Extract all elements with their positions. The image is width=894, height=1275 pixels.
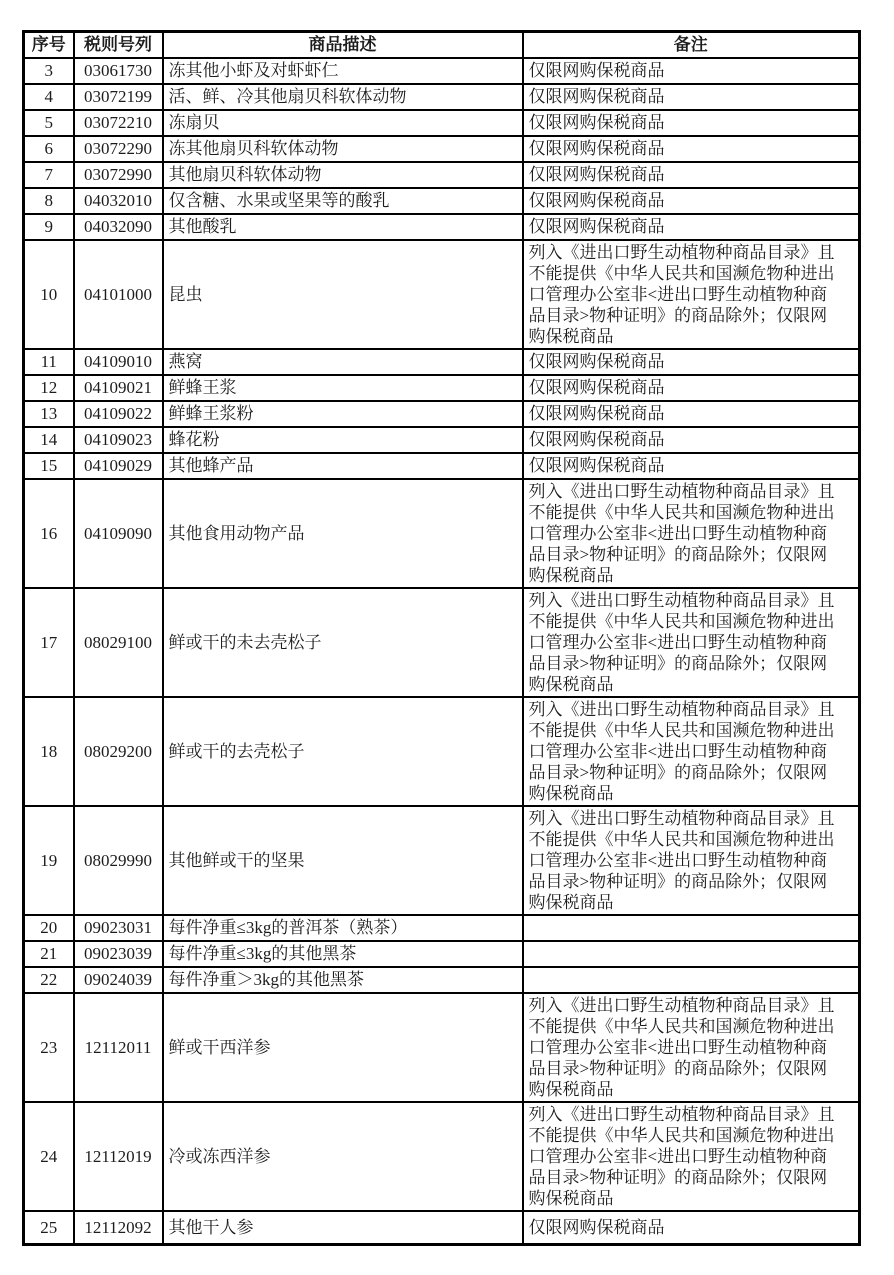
remark-cell: 仅限网购保税商品 xyxy=(523,136,860,162)
table-row: 4 03072199 活、鲜、冷其他扇贝科软体动物 仅限网购保税商品 xyxy=(24,84,860,110)
desc-cell: 其他干人参 xyxy=(163,1211,523,1245)
serial-cell: 6 xyxy=(24,136,74,162)
table-row: 15 04109029 其他蜂产品 仅限网购保税商品 xyxy=(24,453,860,479)
remark-cell: 仅限网购保税商品 xyxy=(523,58,860,84)
code-cell: 04101000 xyxy=(74,240,163,349)
serial-cell: 20 xyxy=(24,915,74,941)
remark-cell: 列入《进出口野生动植物种商品目录》且不能提供《中华人民共和国濒危物种进出口管理办… xyxy=(523,588,860,697)
code-cell: 12112011 xyxy=(74,993,163,1102)
serial-cell: 18 xyxy=(24,697,74,806)
table-row: 9 04032090 其他酸乳 仅限网购保税商品 xyxy=(24,214,860,240)
desc-cell: 其他食用动物产品 xyxy=(163,479,523,588)
serial-cell: 12 xyxy=(24,375,74,401)
serial-cell: 21 xyxy=(24,941,74,967)
serial-cell: 9 xyxy=(24,214,74,240)
desc-cell: 燕窝 xyxy=(163,349,523,375)
column-header-serial: 序号 xyxy=(24,32,74,58)
remark-cell: 列入《进出口野生动植物种商品目录》且不能提供《中华人民共和国濒危物种进出口管理办… xyxy=(523,697,860,806)
serial-cell: 23 xyxy=(24,993,74,1102)
desc-cell: 冷或冻西洋参 xyxy=(163,1102,523,1211)
desc-cell: 其他扇贝科软体动物 xyxy=(163,162,523,188)
remark-cell: 仅限网购保税商品 xyxy=(523,162,860,188)
table-row: 14 04109023 蜂花粉 仅限网购保税商品 xyxy=(24,427,860,453)
desc-cell: 每件净重≤3kg的普洱茶（熟茶） xyxy=(163,915,523,941)
table-row: 24 12112019 冷或冻西洋参 列入《进出口野生动植物种商品目录》且不能提… xyxy=(24,1102,860,1211)
serial-cell: 17 xyxy=(24,588,74,697)
desc-cell: 冻扇贝 xyxy=(163,110,523,136)
remark-cell: 仅限网购保税商品 xyxy=(523,188,860,214)
remark-cell: 仅限网购保税商品 xyxy=(523,427,860,453)
table-row: 12 04109021 鲜蜂王浆 仅限网购保税商品 xyxy=(24,375,860,401)
desc-cell: 鲜或干的去壳松子 xyxy=(163,697,523,806)
desc-cell: 冻其他小虾及对虾虾仁 xyxy=(163,58,523,84)
serial-cell: 5 xyxy=(24,110,74,136)
desc-cell: 鲜或干西洋参 xyxy=(163,993,523,1102)
remark-cell: 仅限网购保税商品 xyxy=(523,375,860,401)
desc-cell: 仅含糖、水果或坚果等的酸乳 xyxy=(163,188,523,214)
tariff-table: 序号 税则号列 商品描述 备注 3 03061730 冻其他小虾及对虾虾仁 仅限… xyxy=(22,30,861,1246)
desc-cell: 鲜蜂王浆粉 xyxy=(163,401,523,427)
code-cell: 12112092 xyxy=(74,1211,163,1245)
table-row: 18 08029200 鲜或干的去壳松子 列入《进出口野生动植物种商品目录》且不… xyxy=(24,697,860,806)
code-cell: 03061730 xyxy=(74,58,163,84)
column-header-tariff-code: 税则号列 xyxy=(74,32,163,58)
code-cell: 04109010 xyxy=(74,349,163,375)
code-cell: 08029200 xyxy=(74,697,163,806)
remark-cell: 仅限网购保税商品 xyxy=(523,214,860,240)
code-cell: 03072990 xyxy=(74,162,163,188)
code-cell: 04109021 xyxy=(74,375,163,401)
table-row: 16 04109090 其他食用动物产品 列入《进出口野生动植物种商品目录》且不… xyxy=(24,479,860,588)
remark-cell: 仅限网购保税商品 xyxy=(523,110,860,136)
code-cell: 09024039 xyxy=(74,967,163,993)
code-cell: 04032090 xyxy=(74,214,163,240)
desc-cell: 蜂花粉 xyxy=(163,427,523,453)
remark-cell: 仅限网购保税商品 xyxy=(523,349,860,375)
code-cell: 08029990 xyxy=(74,806,163,915)
serial-cell: 11 xyxy=(24,349,74,375)
remark-cell: 列入《进出口野生动植物种商品目录》且不能提供《中华人民共和国濒危物种进出口管理办… xyxy=(523,1102,860,1211)
table-row: 19 08029990 其他鲜或干的坚果 列入《进出口野生动植物种商品目录》且不… xyxy=(24,806,860,915)
remark-cell: 仅限网购保税商品 xyxy=(523,453,860,479)
code-cell: 04109090 xyxy=(74,479,163,588)
serial-cell: 22 xyxy=(24,967,74,993)
table-row: 25 12112092 其他干人参 仅限网购保税商品 xyxy=(24,1211,860,1245)
code-cell: 03072199 xyxy=(74,84,163,110)
code-cell: 09023039 xyxy=(74,941,163,967)
serial-cell: 10 xyxy=(24,240,74,349)
remark-cell xyxy=(523,967,860,993)
serial-cell: 7 xyxy=(24,162,74,188)
table-row: 13 04109022 鲜蜂王浆粉 仅限网购保税商品 xyxy=(24,401,860,427)
column-header-remark: 备注 xyxy=(523,32,860,58)
desc-cell: 其他酸乳 xyxy=(163,214,523,240)
serial-cell: 16 xyxy=(24,479,74,588)
serial-cell: 19 xyxy=(24,806,74,915)
code-cell: 04109029 xyxy=(74,453,163,479)
header-row: 序号 税则号列 商品描述 备注 xyxy=(24,32,860,58)
serial-cell: 25 xyxy=(24,1211,74,1245)
table-row: 20 09023031 每件净重≤3kg的普洱茶（熟茶） xyxy=(24,915,860,941)
table-row: 3 03061730 冻其他小虾及对虾虾仁 仅限网购保税商品 xyxy=(24,58,860,84)
desc-cell: 每件净重≤3kg的其他黑茶 xyxy=(163,941,523,967)
serial-cell: 4 xyxy=(24,84,74,110)
table-row: 22 09024039 每件净重＞3kg的其他黑茶 xyxy=(24,967,860,993)
desc-cell: 鲜蜂王浆 xyxy=(163,375,523,401)
serial-cell: 24 xyxy=(24,1102,74,1211)
remark-cell: 列入《进出口野生动植物种商品目录》且不能提供《中华人民共和国濒危物种进出口管理办… xyxy=(523,806,860,915)
desc-cell: 活、鲜、冷其他扇贝科软体动物 xyxy=(163,84,523,110)
desc-cell: 每件净重＞3kg的其他黑茶 xyxy=(163,967,523,993)
code-cell: 04032010 xyxy=(74,188,163,214)
table-row: 6 03072290 冻其他扇贝科软体动物 仅限网购保税商品 xyxy=(24,136,860,162)
table-row: 10 04101000 昆虫 列入《进出口野生动植物种商品目录》且不能提供《中华… xyxy=(24,240,860,349)
table-row: 11 04109010 燕窝 仅限网购保税商品 xyxy=(24,349,860,375)
remark-cell: 列入《进出口野生动植物种商品目录》且不能提供《中华人民共和国濒危物种进出口管理办… xyxy=(523,479,860,588)
table-row: 5 03072210 冻扇贝 仅限网购保税商品 xyxy=(24,110,860,136)
table-row: 7 03072990 其他扇贝科软体动物 仅限网购保税商品 xyxy=(24,162,860,188)
table-row: 8 04032010 仅含糖、水果或坚果等的酸乳 仅限网购保税商品 xyxy=(24,188,860,214)
code-cell: 08029100 xyxy=(74,588,163,697)
table-row: 21 09023039 每件净重≤3kg的其他黑茶 xyxy=(24,941,860,967)
desc-cell: 其他鲜或干的坚果 xyxy=(163,806,523,915)
code-cell: 04109022 xyxy=(74,401,163,427)
remark-cell: 仅限网购保税商品 xyxy=(523,1211,860,1245)
serial-cell: 14 xyxy=(24,427,74,453)
code-cell: 09023031 xyxy=(74,915,163,941)
remark-cell: 仅限网购保税商品 xyxy=(523,84,860,110)
code-cell: 03072290 xyxy=(74,136,163,162)
serial-cell: 13 xyxy=(24,401,74,427)
code-cell: 04109023 xyxy=(74,427,163,453)
table-row: 17 08029100 鲜或干的未去壳松子 列入《进出口野生动植物种商品目录》且… xyxy=(24,588,860,697)
serial-cell: 15 xyxy=(24,453,74,479)
serial-cell: 8 xyxy=(24,188,74,214)
remark-cell: 列入《进出口野生动植物种商品目录》且不能提供《中华人民共和国濒危物种进出口管理办… xyxy=(523,240,860,349)
table-row: 23 12112011 鲜或干西洋参 列入《进出口野生动植物种商品目录》且不能提… xyxy=(24,993,860,1102)
desc-cell: 其他蜂产品 xyxy=(163,453,523,479)
desc-cell: 冻其他扇贝科软体动物 xyxy=(163,136,523,162)
document-page: 序号 税则号列 商品描述 备注 3 03061730 冻其他小虾及对虾虾仁 仅限… xyxy=(0,0,894,1275)
desc-cell: 鲜或干的未去壳松子 xyxy=(163,588,523,697)
remark-cell: 列入《进出口野生动植物种商品目录》且不能提供《中华人民共和国濒危物种进出口管理办… xyxy=(523,993,860,1102)
serial-cell: 3 xyxy=(24,58,74,84)
remark-cell xyxy=(523,941,860,967)
remark-cell xyxy=(523,915,860,941)
remark-cell: 仅限网购保税商品 xyxy=(523,401,860,427)
column-header-description: 商品描述 xyxy=(163,32,523,58)
desc-cell: 昆虫 xyxy=(163,240,523,349)
code-cell: 12112019 xyxy=(74,1102,163,1211)
code-cell: 03072210 xyxy=(74,110,163,136)
